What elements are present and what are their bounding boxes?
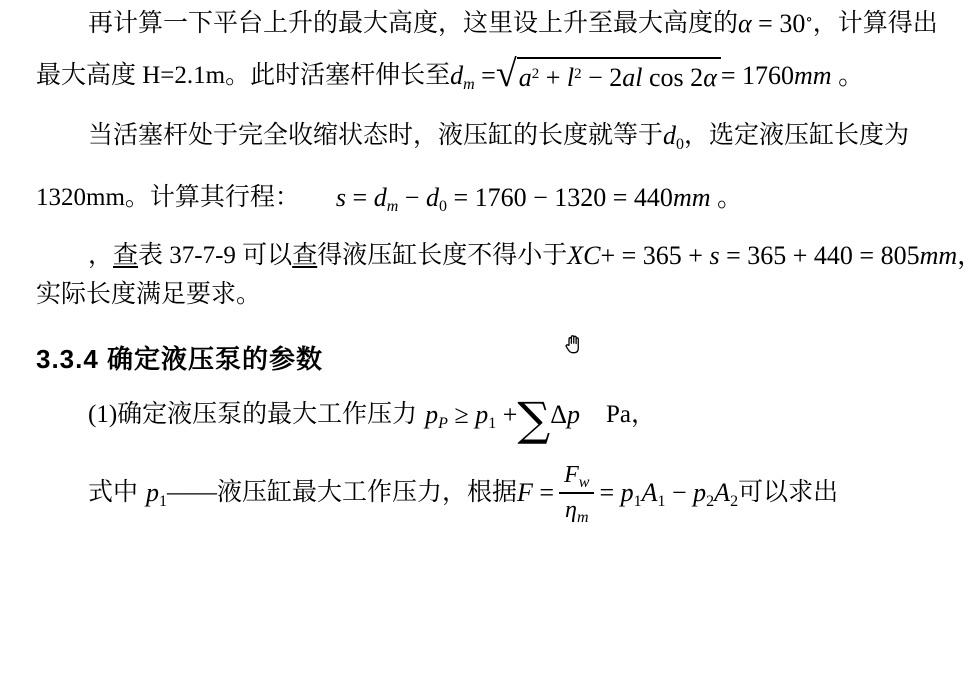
force-formula-lead: F = bbox=[517, 477, 554, 508]
stroke-formula: s = dm − d0 = 1760 − 1320 = 440mm 。 bbox=[336, 182, 743, 213]
para4-line: (1)确定液压泵的最大工作压力 pP ≥ p1 + ∑ Δp Pa， bbox=[88, 392, 656, 438]
para4-text: (1)确定液压泵的最大工作压力 bbox=[88, 400, 417, 430]
para3-line1-text: ，查表 37-7-9 可以查得液压缸长度不得小于 bbox=[88, 241, 567, 271]
para5-lead: 式中 bbox=[88, 478, 138, 508]
dm-formula-lead: dm = bbox=[450, 60, 496, 91]
para2-line2: 1320mm。计算其行程： s = dm − d0 = 1760 − 1320 … bbox=[36, 182, 743, 213]
efficiency-fraction: Fw ηm bbox=[559, 461, 594, 525]
xc-length-formula: XC+ = 365 + s = 365 + 440 = 805mm， bbox=[567, 240, 972, 271]
para1-line1-tail: ，计算得出 bbox=[813, 9, 938, 39]
radical-sign: √ bbox=[496, 55, 517, 93]
dm-formula-result: = 1760mm 。 bbox=[721, 60, 864, 91]
para1-line1-text: 再计算一下平台上升的最大高度，这里设上升至最大高度的 bbox=[88, 9, 738, 39]
fraction-numerator: Fw bbox=[559, 461, 594, 494]
sqrt-expression: √a2 + l2 − 2al cos 2α bbox=[496, 57, 721, 95]
para5-dash-text: ——液压缸最大工作压力，根据 bbox=[167, 478, 517, 508]
force-formula-tail: = p1A1 − p2A2 bbox=[599, 477, 738, 508]
para2-line1-text: 当活塞杆处于完全收缩状态时，液压缸的长度就等于 bbox=[88, 121, 663, 151]
para1-line1: 再计算一下平台上升的最大高度，这里设上升至最大高度的 α = 30∘ ，计算得出 bbox=[88, 8, 938, 39]
para5-line: 式中 p1 ——液压缸最大工作压力，根据 F = Fw ηm = p1A1 − … bbox=[88, 450, 838, 536]
p1-symbol: p1 bbox=[146, 477, 167, 508]
pump-pressure-formula-tail: Δp bbox=[550, 399, 580, 430]
para2-line2-text: 1320mm。计算其行程： bbox=[36, 183, 300, 213]
sqrt-radicand: a2 + l2 − 2al cos 2α bbox=[517, 57, 721, 93]
para5-tail: 可以求出 bbox=[738, 478, 838, 508]
sigma-sum-symbol: ∑ bbox=[517, 401, 550, 438]
para3-line2: 实际长度满足要求。 bbox=[36, 280, 261, 310]
para1-line2: 最大高度 H=2.1m。此时活塞杆伸长至 dm = √a2 + l2 − 2al… bbox=[36, 52, 864, 100]
para2-line1: 当活塞杆处于完全收缩状态时，液压缸的长度就等于 d0 ，选定液压缸长度为 bbox=[88, 120, 909, 151]
para3-line1: ，查表 37-7-9 可以查得液压缸长度不得小于 XC+ = 365 + s =… bbox=[88, 240, 972, 271]
hand-grab-cursor-icon bbox=[560, 332, 586, 360]
para1-line2-text: 最大高度 H=2.1m。此时活塞杆伸长至 bbox=[36, 61, 450, 91]
alpha-30deg-formula: α = 30∘ bbox=[738, 8, 813, 39]
d0-symbol: d0 bbox=[663, 120, 684, 151]
document-page[interactable]: 再计算一下平台上升的最大高度，这里设上升至最大高度的 α = 30∘ ，计算得出… bbox=[0, 0, 972, 678]
pump-pressure-formula-lead: pP ≥ p1 + bbox=[425, 399, 517, 430]
pressure-unit: Pa， bbox=[606, 400, 656, 430]
section-heading: 3.3.4 确定液压泵的参数 bbox=[36, 339, 323, 376]
para3-line2-text: 实际长度满足要求。 bbox=[36, 280, 261, 310]
para2-line1-tail: ，选定液压缸长度为 bbox=[684, 121, 909, 151]
fraction-denominator: ηm bbox=[565, 494, 588, 525]
